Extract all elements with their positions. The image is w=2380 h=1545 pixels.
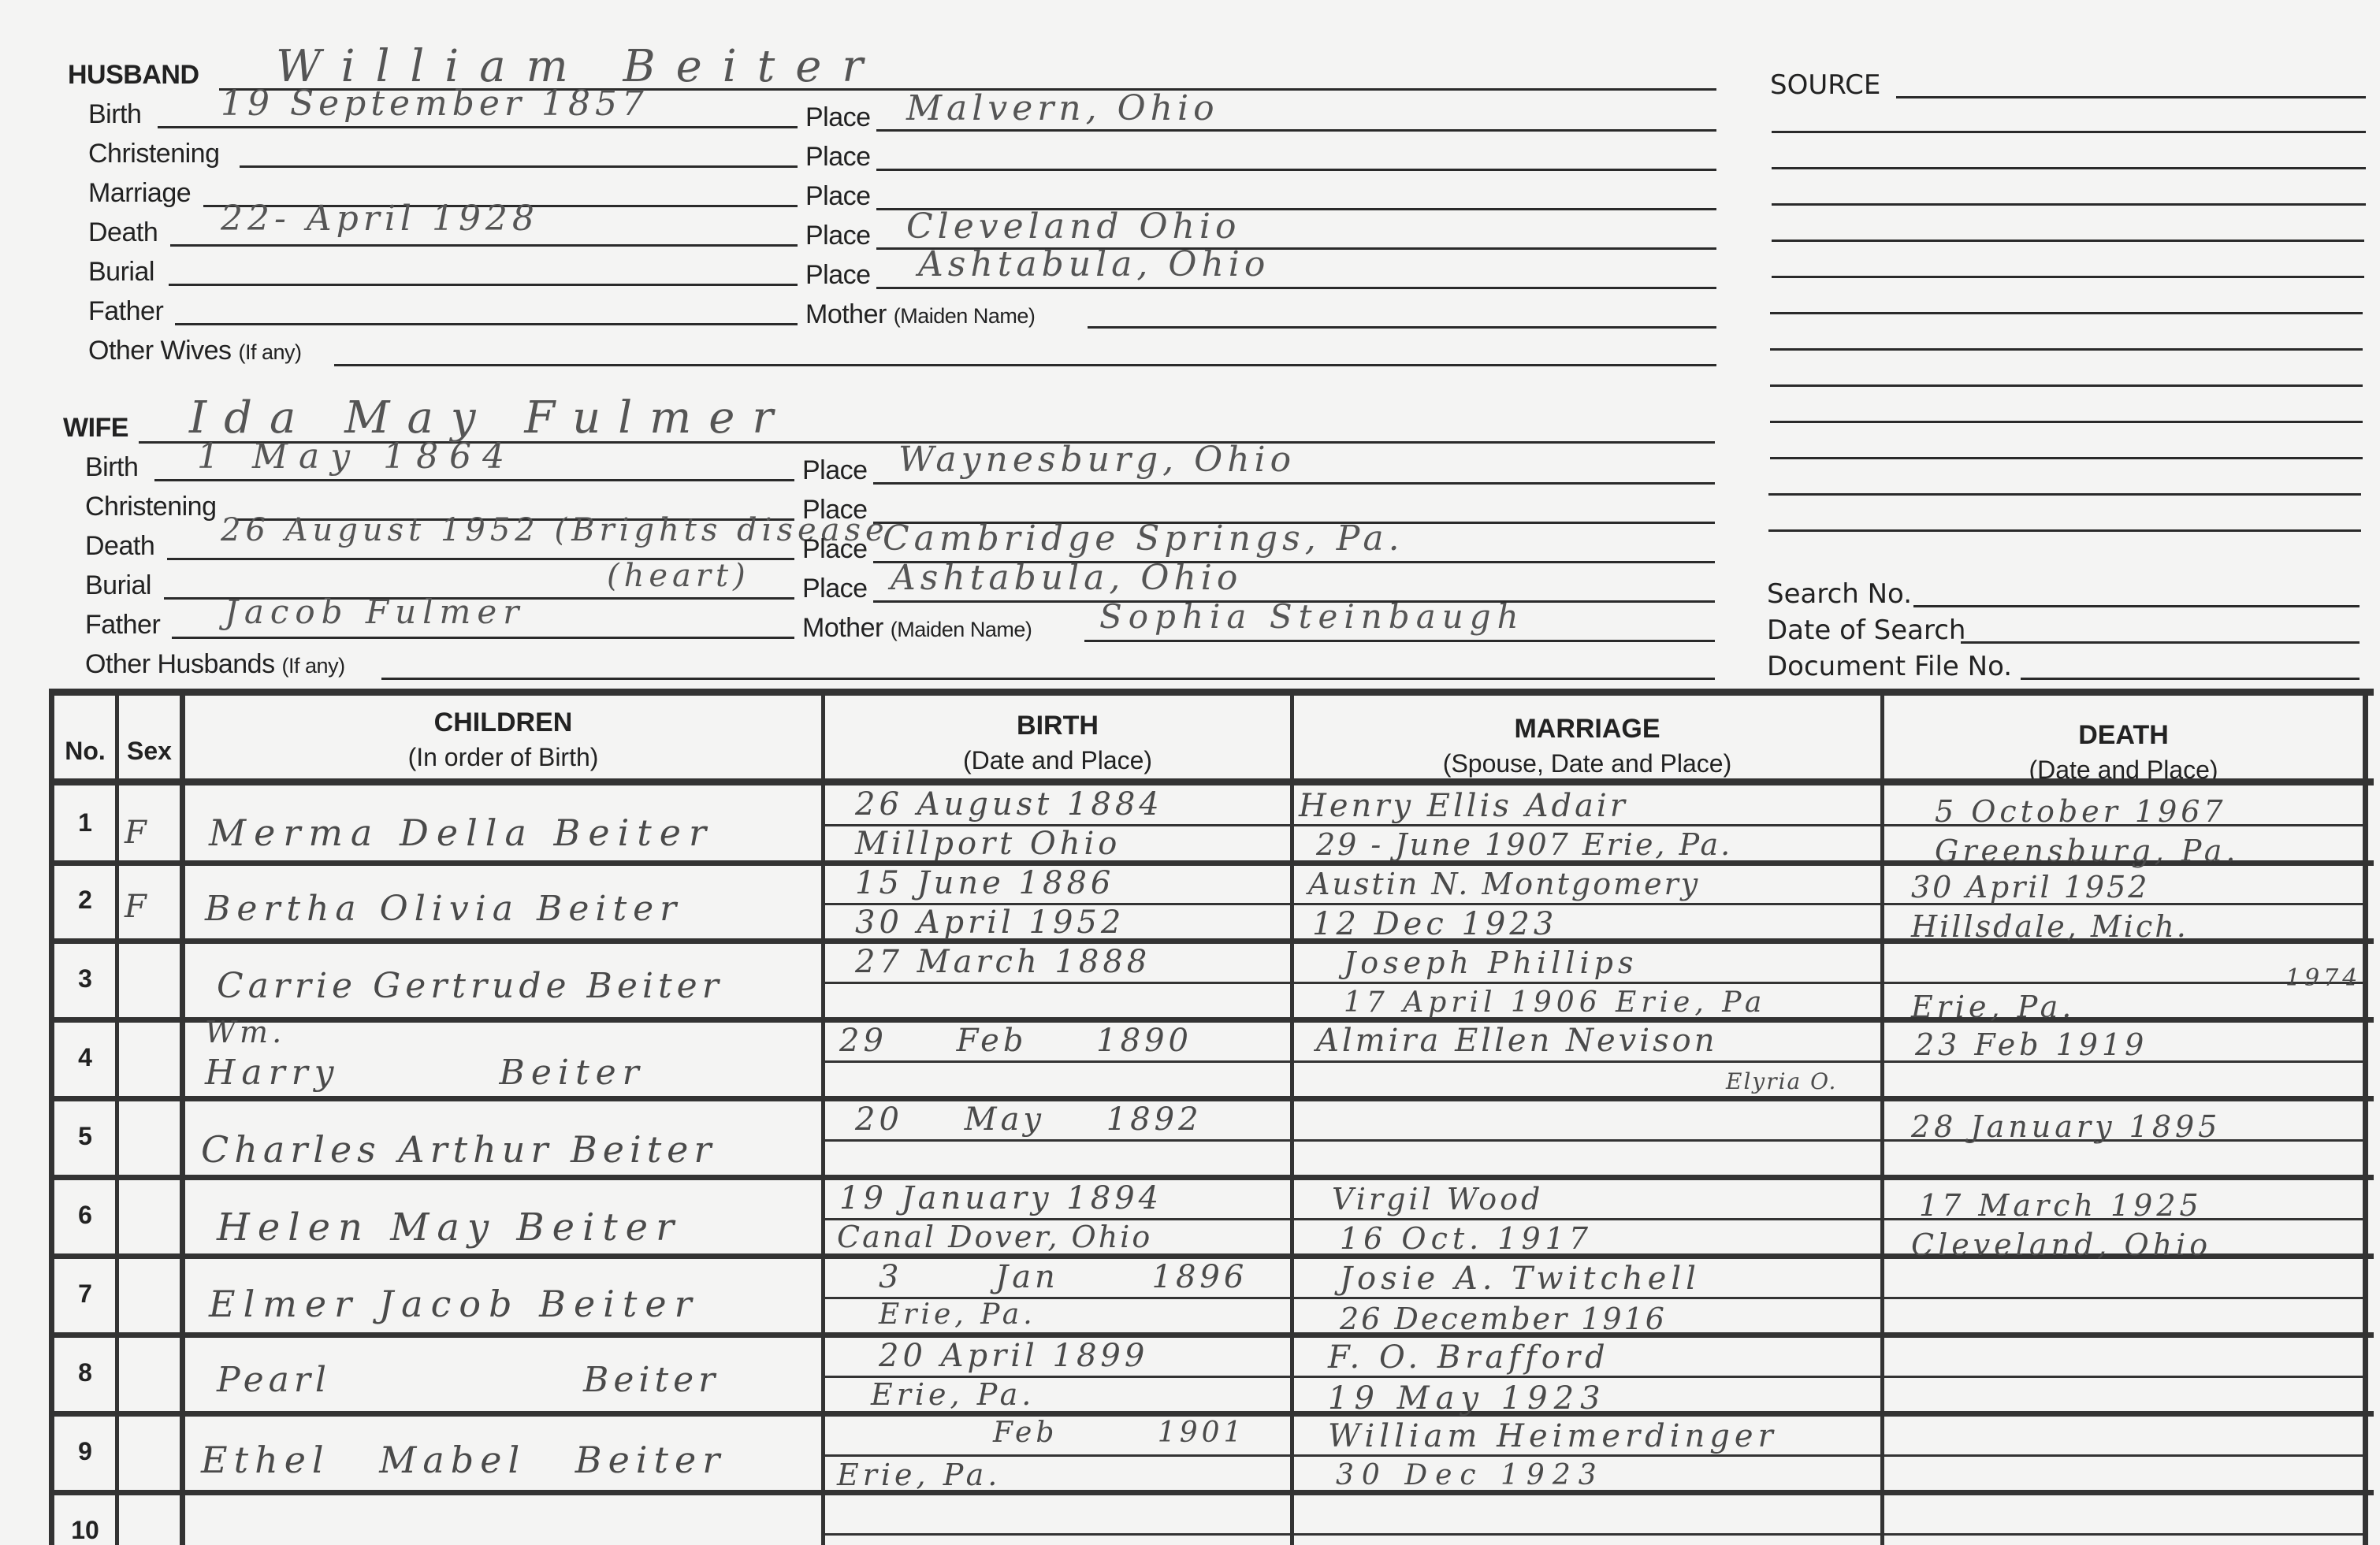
row-death-place[interactable]: Cleveland, Ohio xyxy=(1911,1227,2211,1262)
table-top-border xyxy=(49,689,2374,696)
row-border xyxy=(49,1096,2374,1101)
husband-mother-label: Mother (Maiden Name) xyxy=(805,299,1035,330)
row-number: 2 xyxy=(54,886,117,915)
other-wives-label: Other Wives (If any) xyxy=(88,336,302,366)
row-child-name[interactable]: Harry Beiter xyxy=(205,1053,645,1093)
husband-death-line xyxy=(170,244,798,247)
source-line[interactable] xyxy=(1768,493,2361,496)
husband-birth-place-line xyxy=(876,129,1716,132)
row-mid-line xyxy=(825,1533,2363,1536)
row-number: 10 xyxy=(54,1516,117,1545)
row-birth-place[interactable]: 30 April 1952 xyxy=(855,904,1125,941)
row-mid-line xyxy=(825,1376,2363,1378)
row-spouse[interactable]: Joseph Phillips xyxy=(1344,945,1638,980)
husband-birth-place[interactable]: Malvern, Ohio xyxy=(906,88,1219,128)
row-death-place[interactable]: Erie, Pa. xyxy=(1911,990,2075,1024)
row-birth-place[interactable]: Erie, Pa. xyxy=(871,1377,1035,1412)
wife-birth-line xyxy=(154,479,794,481)
row-death-date[interactable]: 23 Feb 1919 xyxy=(1915,1027,2148,1062)
row-death-date[interactable]: 28 January 1895 xyxy=(1911,1109,2221,1144)
row-spouse[interactable]: Almira Ellen Nevison xyxy=(1316,1023,1717,1059)
row-birth-date[interactable]: 20 May 1892 xyxy=(855,1101,1203,1138)
husband-label: HUSBAND xyxy=(68,60,199,91)
other-husbands-label: Other Husbands (If any) xyxy=(85,649,345,680)
row-birth-date[interactable]: 15 June 1886 xyxy=(855,865,1114,901)
wife-father-name[interactable]: Jacob Fulmer xyxy=(225,592,525,631)
row-number: 7 xyxy=(54,1279,117,1309)
husband-death-date[interactable]: 22- April 1928 xyxy=(221,199,539,239)
husband-death-label: Death xyxy=(88,217,158,248)
husband-christening-place-label: Place xyxy=(805,142,871,173)
wife-christening-label: Christening xyxy=(85,492,216,522)
row-child-name-prefix[interactable]: Wm. xyxy=(205,1015,285,1049)
header-marriage-title: MARRIAGE xyxy=(1294,714,1880,745)
row-birth-place[interactable]: Canal Dover, Ohio xyxy=(837,1220,1152,1254)
husband-death-place[interactable]: Cleveland Ohio xyxy=(906,206,1240,247)
row-number: 6 xyxy=(54,1201,117,1230)
wife-birth-date[interactable]: 1 May 1864 xyxy=(197,436,515,477)
wife-burial-label: Burial xyxy=(85,570,151,601)
row-birth-date[interactable]: 29 Feb 1890 xyxy=(839,1023,1192,1059)
source-line[interactable] xyxy=(1770,312,2363,314)
husband-birth-date[interactable]: 19 September 1857 xyxy=(221,84,649,124)
husband-birth-label: Birth xyxy=(88,99,141,130)
row-sex[interactable]: F xyxy=(125,889,151,925)
wife-mother-name[interactable]: Sophia Steinbaugh xyxy=(1099,597,1525,636)
source-line[interactable] xyxy=(1772,240,2364,242)
row-marriage[interactable]: 19 May 1923 xyxy=(1328,1380,1607,1417)
row-border xyxy=(49,1175,2374,1180)
row-spouse[interactable]: William Heimerdinger xyxy=(1328,1418,1778,1454)
husband-birth-line xyxy=(158,126,798,128)
date-of-search-line[interactable] xyxy=(1961,641,2360,644)
wife-birth-label: Birth xyxy=(85,452,138,483)
row-mid-line xyxy=(825,1454,2363,1457)
row-number: 9 xyxy=(54,1437,117,1466)
if-any-note: (If any) xyxy=(282,654,345,678)
row-child-name[interactable]: Elmer Jacob Beiter xyxy=(209,1283,700,1325)
source-line[interactable] xyxy=(1770,384,2363,387)
date-of-search-label: Date of Search xyxy=(1767,615,1965,646)
husband-mother-line xyxy=(1088,326,1716,329)
header-marriage-subtitle: (Spouse, Date and Place) xyxy=(1294,749,1880,778)
header-birth-title: BIRTH xyxy=(825,711,1290,741)
row-death-place[interactable]: Greensburg, Pa. xyxy=(1935,834,2240,868)
row-marriage[interactable]: 26 December 1916 xyxy=(1340,1302,1667,1336)
mother-label-text: Mother xyxy=(802,613,883,643)
row-birth-date[interactable]: 27 March 1888 xyxy=(855,944,1151,980)
wife-burial-place[interactable]: Ashtabula, Ohio xyxy=(891,558,1242,598)
row-border xyxy=(49,1411,2374,1417)
col-border-marriage-death xyxy=(1880,690,1884,1545)
husband-marriage-label: Marriage xyxy=(88,178,191,209)
source-line[interactable] xyxy=(1772,167,2366,169)
col-border-children-birth xyxy=(821,690,825,1545)
row-child-name[interactable]: Charles Arthur Beiter xyxy=(201,1128,716,1171)
header-birth-subtitle: (Date and Place) xyxy=(825,746,1290,775)
row-child-name[interactable]: Helen May Beiter xyxy=(217,1205,682,1250)
row-death-date[interactable]: 17 March 1925 xyxy=(1919,1188,2203,1223)
wife-birth-place-label: Place xyxy=(802,455,868,486)
husband-burial-label: Burial xyxy=(88,257,154,288)
husband-burial-place[interactable]: Ashtabula, Ohio xyxy=(918,244,1270,284)
wife-death-label: Death xyxy=(85,531,154,562)
document-file-no-label: Document File No. xyxy=(1767,651,2012,682)
row-spouse[interactable]: Virgil Wood xyxy=(1332,1182,1543,1216)
mother-label-text: Mother xyxy=(805,299,887,329)
row-birth-date[interactable]: 26 August 1884 xyxy=(855,786,1163,823)
header-children-title: CHILDREN xyxy=(185,708,821,738)
row-spouse[interactable]: Austin N. Montgomery xyxy=(1308,867,1700,901)
husband-father-line xyxy=(175,323,798,325)
husband-birth-place-label: Place xyxy=(805,102,871,133)
row-child-name[interactable]: Ethel Mabel Beiter xyxy=(201,1439,726,1481)
row-child-name[interactable]: Carrie Gertrude Beiter xyxy=(217,966,723,1006)
row-marriage[interactable]: Elyria O. xyxy=(1726,1068,1837,1094)
row-marriage[interactable]: 16 Oct. 1917 xyxy=(1340,1221,1593,1256)
row-death-place[interactable]: Hillsdale, Mich. xyxy=(1911,909,2188,944)
row-birth-date[interactable]: 19 January 1894 xyxy=(839,1180,1162,1216)
wife-death-place[interactable]: Cambridge Springs, Pa. xyxy=(883,518,1404,559)
maiden-name-note: (Maiden Name) xyxy=(891,618,1032,641)
wife-father-label: Father xyxy=(85,610,160,641)
husband-burial-line xyxy=(169,284,798,286)
row-birth-date[interactable]: 20 April 1899 xyxy=(879,1338,1148,1374)
row-death-date[interactable]: 30 April 1952 xyxy=(1911,870,2149,904)
header-birth: BIRTH (Date and Place) xyxy=(825,711,1290,775)
maiden-name-note: (Maiden Name) xyxy=(894,304,1036,328)
other-wives-line xyxy=(334,364,1716,366)
source-label: SOURCE xyxy=(1770,69,1880,101)
col-border-right xyxy=(2363,690,2368,1545)
row-birth-place[interactable]: Erie, Pa. xyxy=(837,1458,1001,1492)
header-sex: Sex xyxy=(119,737,180,766)
other-husbands-line xyxy=(381,678,1715,680)
row-number: 8 xyxy=(54,1358,117,1387)
wife-burial-place-label: Place xyxy=(802,574,868,604)
row-child-name[interactable]: Bertha Olivia Beiter xyxy=(205,889,682,929)
row-border xyxy=(49,1332,2374,1338)
wife-father-line xyxy=(172,637,794,639)
wife-death-cause[interactable]: (heart) xyxy=(607,558,750,594)
source-line[interactable] xyxy=(1770,348,2363,351)
wife-birth-place-line xyxy=(873,482,1715,485)
wife-death-date[interactable]: 26 August 1952 (Brights disease xyxy=(221,512,889,548)
row-child-name[interactable]: Pearl Beiter xyxy=(217,1360,720,1400)
row-death-date[interactable]: 1974 xyxy=(2285,964,2361,992)
husband-burial-place-line xyxy=(876,287,1716,289)
row-child-name[interactable]: Merma Della Beiter xyxy=(209,811,714,854)
header-death: DEATH (Date and Place) xyxy=(1884,720,2363,785)
document-file-no-line[interactable] xyxy=(2021,678,2360,680)
row-spouse[interactable]: Henry Ellis Adair xyxy=(1299,788,1628,824)
row-marriage[interactable]: 17 April 1906 Erie, Pa xyxy=(1344,986,1766,1019)
source-line[interactable] xyxy=(1772,203,2366,206)
source-line[interactable] xyxy=(1770,421,2363,423)
row-number: 1 xyxy=(54,808,117,837)
row-birth-date[interactable]: Feb 1901 xyxy=(993,1417,1245,1449)
row-mid-line xyxy=(825,982,2363,984)
husband-marriage-place-label: Place xyxy=(805,181,871,212)
husband-christening-place-line xyxy=(876,169,1716,171)
other-husbands-text: Other Husbands xyxy=(85,649,275,679)
row-birth-date[interactable]: 3 Jan 1896 xyxy=(879,1259,1248,1295)
wife-label: WIFE xyxy=(63,413,128,444)
col-border-sex-children xyxy=(180,690,185,1545)
source-line[interactable] xyxy=(1772,276,2364,278)
husband-death-place-label: Place xyxy=(805,221,871,251)
row-mid-line xyxy=(825,1297,2363,1299)
row-spouse[interactable]: F. O. Brafford xyxy=(1328,1339,1610,1376)
row-border xyxy=(49,1490,2374,1495)
row-number: 3 xyxy=(54,964,117,993)
wife-death-place-label: Place xyxy=(802,534,868,565)
col-border-birth-marriage xyxy=(1290,690,1294,1545)
wife-mother-label: Mother (Maiden Name) xyxy=(802,613,1032,644)
row-marriage[interactable]: 30 Dec 1923 xyxy=(1336,1459,1605,1491)
header-children-subtitle: (In order of Birth) xyxy=(185,743,821,772)
row-birth-place[interactable]: Erie, Pa. xyxy=(879,1298,1036,1331)
husband-christening-label: Christening xyxy=(88,139,219,169)
row-number: 4 xyxy=(54,1043,117,1072)
header-bottom-border xyxy=(49,778,2374,785)
row-spouse[interactable]: Josie A. Twitchell xyxy=(1340,1261,1701,1297)
header-death-title: DEATH xyxy=(1884,720,2363,751)
header-no: No. xyxy=(55,737,115,766)
if-any-note: (If any) xyxy=(239,340,302,364)
source-line[interactable] xyxy=(1768,529,2361,532)
header-marriage: MARRIAGE (Spouse, Date and Place) xyxy=(1294,714,1880,778)
row-number: 5 xyxy=(54,1122,117,1151)
husband-father-label: Father xyxy=(88,296,163,327)
wife-birth-place[interactable]: Waynesburg, Ohio xyxy=(898,440,1296,480)
search-no-label: Search No. xyxy=(1767,578,1912,610)
row-sex[interactable]: F xyxy=(125,815,151,851)
search-no-line[interactable] xyxy=(1913,605,2360,607)
source-line[interactable] xyxy=(1896,96,2366,98)
header-children: CHILDREN (In order of Birth) xyxy=(185,708,821,772)
husband-burial-place-label: Place xyxy=(805,260,871,291)
source-line[interactable] xyxy=(1772,131,2366,133)
row-marriage[interactable]: 12 Dec 1923 xyxy=(1312,906,1557,942)
wife-mother-line xyxy=(1084,640,1715,642)
row-death-date[interactable]: 5 October 1967 xyxy=(1935,794,2227,829)
other-wives-text: Other Wives xyxy=(88,336,232,366)
row-marriage[interactable]: 29 - June 1907 Erie, Pa. xyxy=(1316,827,1732,862)
row-birth-place[interactable]: Millport Ohio xyxy=(855,826,1121,862)
husband-christening-line xyxy=(240,165,798,168)
source-line[interactable] xyxy=(1770,457,2363,459)
